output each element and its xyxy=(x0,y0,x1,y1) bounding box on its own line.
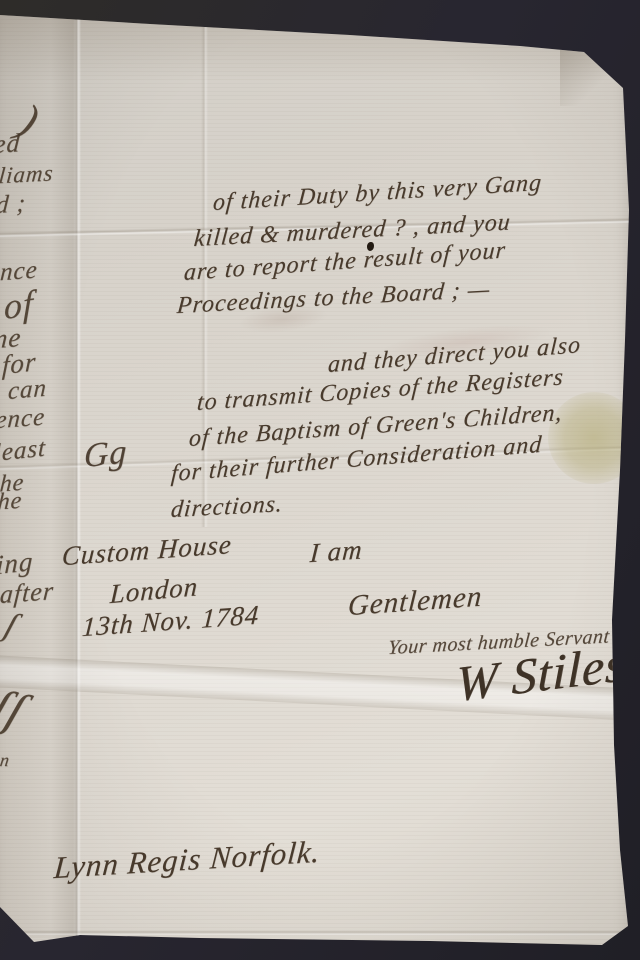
photo-vignette xyxy=(0,0,640,960)
letter-sheet: of their Duty by this very Gang killed &… xyxy=(0,0,640,960)
photo-of-letter: { "document": { "kind": "handwritten-let… xyxy=(0,0,640,960)
